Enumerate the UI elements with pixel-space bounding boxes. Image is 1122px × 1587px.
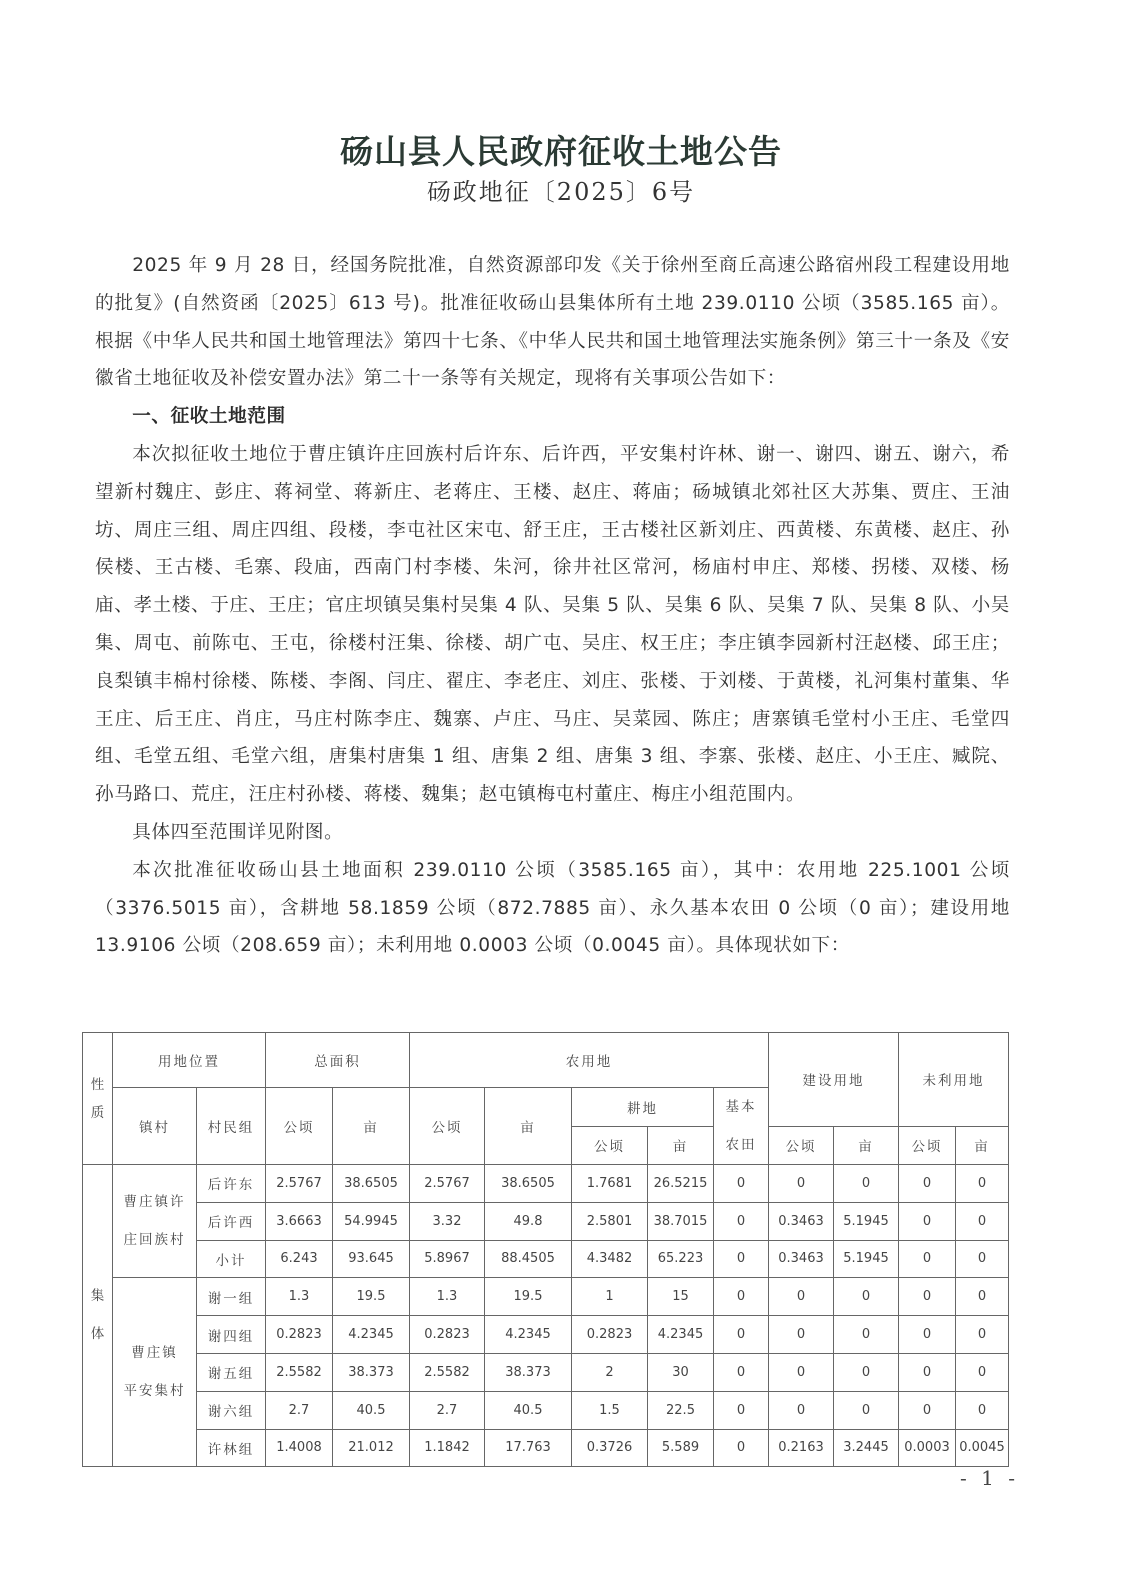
- total-mu-cell: 21.012: [333, 1429, 410, 1467]
- area-summary-paragraph: 本次批准征收砀山县土地面积 239.0110 公顷（3585.165 亩），其中…: [95, 852, 1010, 965]
- group-cell: 谢一组: [197, 1278, 266, 1316]
- unused-mu-cell: 0: [956, 1278, 1009, 1316]
- unused-ha-cell: 0: [899, 1391, 956, 1429]
- header-unused-hectare: 公顷: [899, 1126, 956, 1165]
- total-mu-cell: 19.5: [333, 1278, 410, 1316]
- cons-ha-cell: 0: [769, 1165, 834, 1203]
- total-mu-cell: 93.645: [333, 1240, 410, 1278]
- header-cons-mu: 亩: [834, 1126, 899, 1165]
- basic-farmland-cell: 0: [714, 1240, 769, 1278]
- header-unused-mu: 亩: [956, 1126, 1009, 1165]
- unused-mu-cell: 0.0045: [956, 1429, 1009, 1467]
- agri-ha-cell: 1.1842: [410, 1429, 485, 1467]
- cult-mu-cell: 15: [648, 1278, 714, 1316]
- header-cult-mu: 亩: [648, 1126, 714, 1165]
- cult-ha-cell: 0.2823: [572, 1316, 648, 1354]
- agri-mu-cell: 17.763: [485, 1429, 572, 1467]
- unused-mu-cell: 0: [956, 1391, 1009, 1429]
- cult-mu-cell: 4.2345: [648, 1316, 714, 1354]
- header-total-mu: 亩: [333, 1088, 410, 1165]
- total-mu-cell: 40.5: [333, 1391, 410, 1429]
- page-number: - 1 -: [960, 1466, 1019, 1490]
- unused-mu-cell: 0: [956, 1240, 1009, 1278]
- total-ha-cell: 0.2823: [266, 1316, 333, 1354]
- agri-mu-cell: 49.8: [485, 1202, 572, 1240]
- table-row: 谢四组 0.2823 4.2345 0.2823 4.2345 0.2823 4…: [83, 1316, 1009, 1354]
- table-row: 谢六组 2.7 40.5 2.7 40.5 1.5 22.5 0 0 0 0 0: [83, 1391, 1009, 1429]
- header-agricultural: 农用地: [410, 1033, 769, 1088]
- section-heading-land-scope: 一、征收土地范围: [95, 398, 1010, 436]
- agri-ha-cell: 0.2823: [410, 1316, 485, 1354]
- unused-mu-cell: 0: [956, 1353, 1009, 1391]
- unused-ha-cell: 0: [899, 1353, 956, 1391]
- total-ha-cell: 3.6663: [266, 1202, 333, 1240]
- cult-mu-cell: 22.5: [648, 1391, 714, 1429]
- header-nature: 性质: [83, 1033, 113, 1165]
- agri-ha-cell: 1.3: [410, 1278, 485, 1316]
- total-mu-cell: 4.2345: [333, 1316, 410, 1354]
- table-row: 后许西 3.6663 54.9945 3.32 49.8 2.5801 38.7…: [83, 1202, 1009, 1240]
- basic-farmland-cell: 0: [714, 1353, 769, 1391]
- cult-mu-cell: 26.5215: [648, 1165, 714, 1203]
- document-title: 砀山县人民政府征收土地公告: [0, 126, 1122, 173]
- agri-ha-cell: 2.5582: [410, 1353, 485, 1391]
- basic-farmland-cell: 0: [714, 1278, 769, 1316]
- unused-mu-cell: 0: [956, 1202, 1009, 1240]
- table-header-row-1: 性质 用地位置 总面积 农用地 建设用地 未利用地: [83, 1033, 1009, 1088]
- cons-mu-cell: 5.1945: [834, 1240, 899, 1278]
- basic-farmland-cell: 0: [714, 1316, 769, 1354]
- group-cell: 谢五组: [197, 1353, 266, 1391]
- header-cons-hectare: 公顷: [769, 1126, 834, 1165]
- unused-ha-cell: 0.0003: [899, 1429, 956, 1467]
- group-cell: 后许西: [197, 1202, 266, 1240]
- table-row: 曹庄镇 平安集村 谢一组 1.3 19.5 1.3 19.5 1 15 0 0 …: [83, 1278, 1009, 1316]
- header-agri-mu: 亩: [485, 1088, 572, 1165]
- unused-ha-cell: 0: [899, 1165, 956, 1203]
- subtotal-row: 小计 6.243 93.645 5.8967 88.4505 4.3482 65…: [83, 1240, 1009, 1278]
- group-cell: 许林组: [197, 1429, 266, 1467]
- cult-mu-cell: 38.7015: [648, 1202, 714, 1240]
- header-agri-hectare: 公顷: [410, 1088, 485, 1165]
- cons-ha-cell: 0.3463: [769, 1202, 834, 1240]
- land-scope-paragraph: 本次拟征收土地位于曹庄镇许庄回族村后许东、后许西，平安集村许林、谢一、谢四、谢五…: [95, 436, 1010, 814]
- cult-ha-cell: 1.5: [572, 1391, 648, 1429]
- cons-ha-cell: 0: [769, 1353, 834, 1391]
- header-group: 村民组: [197, 1088, 266, 1165]
- intro-paragraph: 2025 年 9 月 28 日，经国务院批准，自然资源部印发《关于徐州至商丘高速…: [95, 247, 1010, 398]
- cons-mu-cell: 3.2445: [834, 1429, 899, 1467]
- total-mu-cell: 38.373: [333, 1353, 410, 1391]
- unused-ha-cell: 0: [899, 1316, 956, 1354]
- agri-mu-cell: 40.5: [485, 1391, 572, 1429]
- cons-ha-cell: 0: [769, 1391, 834, 1429]
- total-mu-cell: 38.6505: [333, 1165, 410, 1203]
- village-cell: 曹庄镇 平安集村: [113, 1278, 197, 1467]
- unused-ha-cell: 0: [899, 1202, 956, 1240]
- document-number: 砀政地征〔2025〕6号: [0, 172, 1122, 207]
- cult-ha-cell: 4.3482: [572, 1240, 648, 1278]
- cult-mu-cell: 30: [648, 1353, 714, 1391]
- total-ha-cell: 1.3: [266, 1278, 333, 1316]
- basic-farmland-cell: 0: [714, 1202, 769, 1240]
- cult-ha-cell: 2.5801: [572, 1202, 648, 1240]
- group-cell: 后许东: [197, 1165, 266, 1203]
- agri-ha-cell: 2.7: [410, 1391, 485, 1429]
- agri-ha-cell: 3.32: [410, 1202, 485, 1240]
- cult-ha-cell: 2: [572, 1353, 648, 1391]
- document-body: 2025 年 9 月 28 日，经国务院批准，自然资源部印发《关于徐州至商丘高速…: [95, 247, 1010, 965]
- unused-ha-cell: 0: [899, 1278, 956, 1316]
- cult-ha-cell: 0.3726: [572, 1429, 648, 1467]
- agri-mu-cell: 38.373: [485, 1353, 572, 1391]
- nature-cell: 集体: [83, 1165, 113, 1467]
- group-cell: 小计: [197, 1240, 266, 1278]
- cult-ha-cell: 1: [572, 1278, 648, 1316]
- basic-farmland-cell: 0: [714, 1165, 769, 1203]
- basic-farmland-cell: 0: [714, 1391, 769, 1429]
- header-location: 用地位置: [113, 1033, 266, 1088]
- document-page: 砀山县人民政府征收土地公告 砀政地征〔2025〕6号 2025 年 9 月 28…: [0, 0, 1122, 1587]
- agri-mu-cell: 19.5: [485, 1278, 572, 1316]
- header-town-village: 镇村: [113, 1088, 197, 1165]
- total-ha-cell: 1.4008: [266, 1429, 333, 1467]
- total-ha-cell: 2.7: [266, 1391, 333, 1429]
- basic-farmland-cell: 0: [714, 1429, 769, 1467]
- table-row: 集体 曹庄镇许 庄回族村 后许东 2.5767 38.6505 2.5767 3…: [83, 1165, 1009, 1203]
- cons-ha-cell: 0: [769, 1278, 834, 1316]
- header-total-area: 总面积: [266, 1033, 410, 1088]
- cons-mu-cell: 0: [834, 1391, 899, 1429]
- agri-ha-cell: 2.5767: [410, 1165, 485, 1203]
- table-row: 谢五组 2.5582 38.373 2.5582 38.373 2 30 0 0…: [83, 1353, 1009, 1391]
- cons-mu-cell: 0: [834, 1316, 899, 1354]
- header-basic-farmland: 基本农田: [714, 1088, 769, 1165]
- cult-mu-cell: 5.589: [648, 1429, 714, 1467]
- cons-ha-cell: 0.2163: [769, 1429, 834, 1467]
- agri-mu-cell: 88.4505: [485, 1240, 572, 1278]
- cons-ha-cell: 0: [769, 1316, 834, 1354]
- cons-mu-cell: 0: [834, 1353, 899, 1391]
- agri-ha-cell: 5.8967: [410, 1240, 485, 1278]
- unused-mu-cell: 0: [956, 1316, 1009, 1354]
- agri-mu-cell: 38.6505: [485, 1165, 572, 1203]
- header-construction: 建设用地: [769, 1033, 899, 1127]
- header-cultivated: 耕地: [572, 1088, 714, 1127]
- agri-mu-cell: 4.2345: [485, 1316, 572, 1354]
- total-ha-cell: 2.5767: [266, 1165, 333, 1203]
- header-total-hectare: 公顷: [266, 1088, 333, 1165]
- cult-mu-cell: 65.223: [648, 1240, 714, 1278]
- unused-mu-cell: 0: [956, 1165, 1009, 1203]
- cult-ha-cell: 1.7681: [572, 1165, 648, 1203]
- header-cult-hectare: 公顷: [572, 1126, 648, 1165]
- cons-ha-cell: 0.3463: [769, 1240, 834, 1278]
- village-cell: 曹庄镇许 庄回族村: [113, 1165, 197, 1278]
- group-cell: 谢六组: [197, 1391, 266, 1429]
- cons-mu-cell: 0: [834, 1165, 899, 1203]
- boundary-note-paragraph: 具体四至范围详见附图。: [95, 814, 1010, 852]
- cons-mu-cell: 0: [834, 1278, 899, 1316]
- group-cell: 谢四组: [197, 1316, 266, 1354]
- land-status-table: 性质 用地位置 总面积 农用地 建设用地 未利用地 镇村 村民组 公顷 亩 公顷…: [82, 1032, 1009, 1467]
- unused-ha-cell: 0: [899, 1240, 956, 1278]
- cons-mu-cell: 5.1945: [834, 1202, 899, 1240]
- table-row: 许林组 1.4008 21.012 1.1842 17.763 0.3726 5…: [83, 1429, 1009, 1467]
- total-mu-cell: 54.9945: [333, 1202, 410, 1240]
- total-ha-cell: 2.5582: [266, 1353, 333, 1391]
- header-unused: 未利用地: [899, 1033, 1009, 1127]
- total-ha-cell: 6.243: [266, 1240, 333, 1278]
